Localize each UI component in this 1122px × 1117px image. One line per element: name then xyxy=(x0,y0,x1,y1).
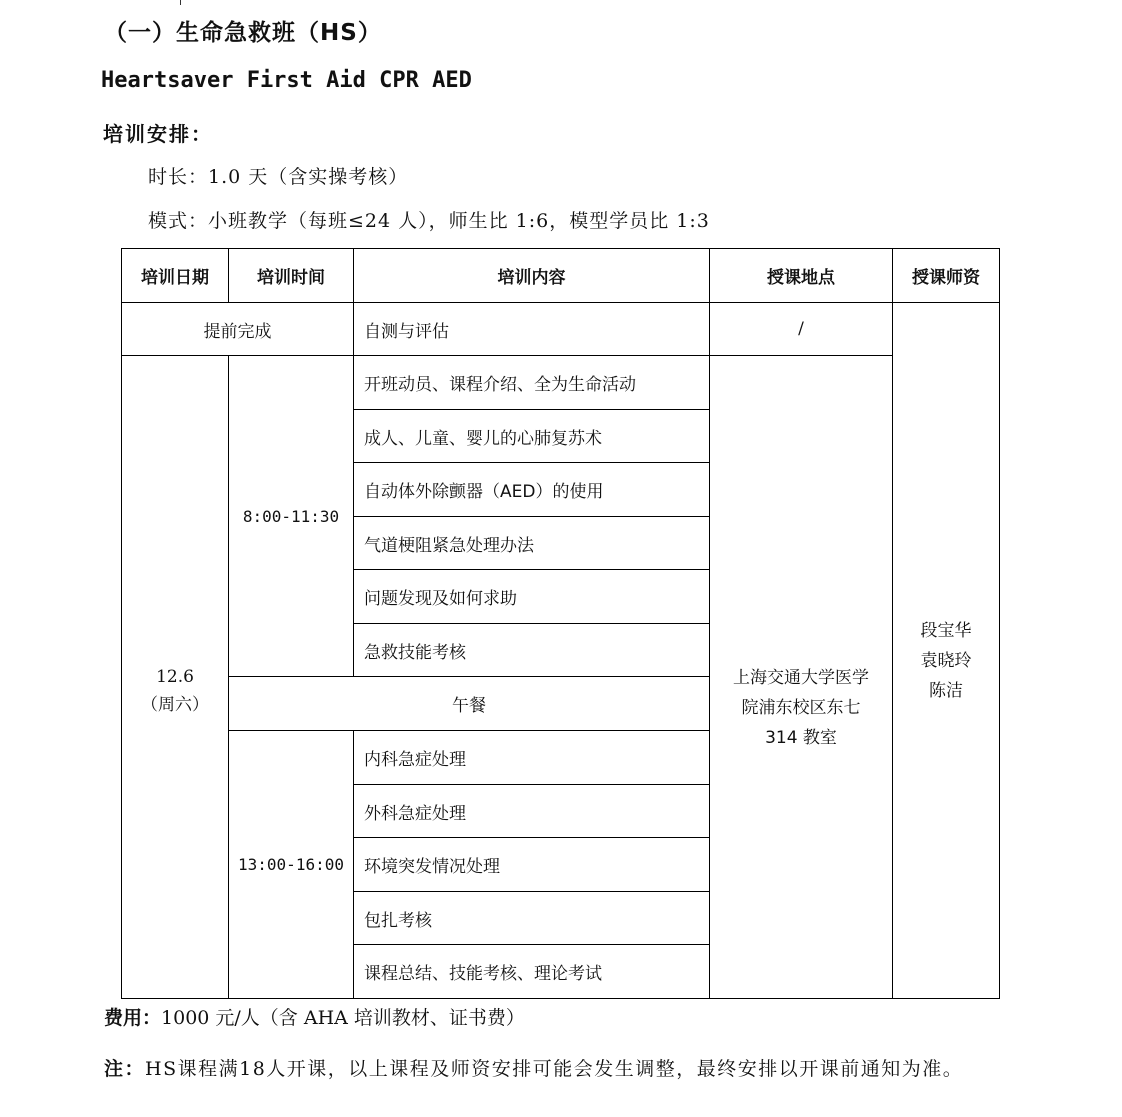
afternoon-time-cell: 13:00-16:00 xyxy=(228,730,354,999)
location-line: 院浦东校区东七 xyxy=(742,693,861,723)
pre-when-cell: 提前完成 xyxy=(121,302,354,356)
header-date: 培训日期 xyxy=(121,248,229,303)
instructor-name: 段宝华 xyxy=(921,616,972,646)
location-line: 314 教室 xyxy=(765,723,837,753)
fee-line: 费用：1000 元/人（含 AHA 培训教材、证书费） xyxy=(104,1003,525,1030)
mode-text: 模式：小班教学（每班≤24 人），师生比 1:6，模型学员比 1:3 xyxy=(148,206,710,233)
location-line: 上海交通大学医学 xyxy=(733,663,869,693)
note-line: 注：HS课程满18人开课，以上课程及师资安排可能会发生调整，最终安排以开课前通知… xyxy=(104,1054,963,1081)
fee-label: 费用： xyxy=(104,1007,161,1029)
content-row: 外科急症处理 xyxy=(353,784,710,838)
instructor-name: 袁晓玲 xyxy=(921,646,972,676)
content-row: 自动体外除颤器（AED）的使用 xyxy=(353,462,710,517)
arrangement-label: 培训安排： xyxy=(103,118,213,147)
course-english-title: Heartsaver First Aid CPR AED xyxy=(101,68,472,93)
header-location: 授课地点 xyxy=(709,248,893,303)
header-instructors: 授课师资 xyxy=(892,248,1000,303)
fee-value: 1000 元/人（含 AHA 培训教材、证书费） xyxy=(161,1007,525,1029)
date-cell: 12.6 （周六） xyxy=(121,355,229,999)
pre-location-cell: / xyxy=(709,302,893,356)
content-row: 气道梗阻紧急处理办法 xyxy=(353,516,710,570)
header-content: 培训内容 xyxy=(353,248,710,303)
content-row: 问题发现及如何求助 xyxy=(353,569,710,624)
content-row: 内科急症处理 xyxy=(353,730,710,785)
instructors-cell: 段宝华 袁晓玲 陈洁 xyxy=(892,302,1000,999)
header-time: 培训时间 xyxy=(228,248,354,303)
content-row: 环境突发情况处理 xyxy=(353,837,710,892)
content-row: 开班动员、课程介绍、全为生命活动 xyxy=(353,355,710,410)
instructor-name: 陈洁 xyxy=(929,676,963,706)
pre-content-cell: 自测与评估 xyxy=(353,302,710,356)
note-label: 注： xyxy=(104,1058,145,1080)
content-row: 急救技能考核 xyxy=(353,623,710,677)
section-title: （一）生命急救班（HS） xyxy=(104,14,382,47)
lunch-cell: 午餐 xyxy=(228,676,710,731)
date-weekday: （周六） xyxy=(141,691,209,719)
location-cell: 上海交通大学医学 院浦东校区东七 314 教室 xyxy=(709,355,893,999)
duration-text: 时长：1.0 天（含实操考核） xyxy=(148,162,408,189)
note-value: HS课程满18人开课，以上课程及师资安排可能会发生调整，最终安排以开课前通知为准… xyxy=(145,1058,963,1080)
date-day: 12.6 xyxy=(156,663,194,691)
content-row: 课程总结、技能考核、理论考试 xyxy=(353,944,710,999)
morning-time-cell: 8:00-11:30 xyxy=(228,355,354,677)
page-margin-mark xyxy=(180,0,181,5)
content-row: 成人、儿童、婴儿的心肺复苏术 xyxy=(353,409,710,463)
content-row: 包扎考核 xyxy=(353,891,710,945)
